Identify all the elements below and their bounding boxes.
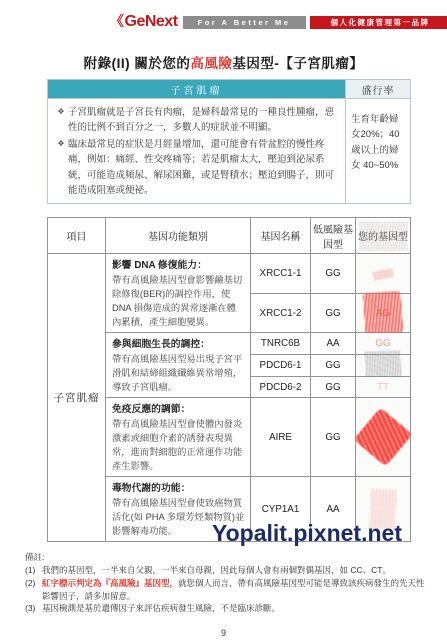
function-title: 免疫反應的調節：: [112, 402, 245, 417]
genext-logo-text: GeNext: [125, 13, 178, 30]
overview-bullet-text: 臨床最常見的症狀是月經量增加，還可能會有骨盆腔的慢性疼痛，例如：痛經、性交疼痛等…: [68, 137, 339, 199]
your-genotype-cell: GG: [356, 333, 411, 355]
report-page: 《GeNext For A Better Me 個人化健康管理第一品牌 附錄(I…: [0, 0, 447, 640]
note-number: (1): [25, 564, 42, 577]
gene-table-column-header: 基因功能類別: [106, 218, 251, 254]
gene-name-cell: AIRE: [251, 398, 311, 477]
your-genotype-value: TT: [377, 382, 389, 393]
function-title: 毒物代謝的功能：: [112, 481, 245, 496]
note-item: (3)基因檢測是基於遺傳因子來評估疾病發生風險，不是臨床診斷。: [25, 602, 427, 615]
header-gray-smudge: [359, 221, 408, 251]
function-category-cell: 參與細胞生長的調控：帶有高風險基因型易出現子宮平滑肌和結締組織纖維異常增殖，導致…: [106, 333, 251, 398]
genext-logo-swoosh-icon: 《: [110, 13, 124, 29]
note-number: (3): [25, 602, 42, 615]
function-description: 帶有高風險基因型會影響鹼基切除修復(BER)的調控作用，使 DNA 損傷造成的異…: [112, 273, 245, 329]
diamond-bullet-icon: ❖: [54, 137, 68, 199]
overview-prevalence-cell: 生育年齡婦女20%；40 歲以上的婦女 40~50%: [346, 99, 411, 204]
page-number: 9: [0, 628, 447, 638]
red-block-mark: [353, 408, 412, 467]
overview-prevalence-header: 盛行率: [346, 80, 411, 99]
gene-name-cell: XRCC1-2: [251, 293, 311, 333]
gene-row: 子宮肌瘤影響 DNA 修復能力：帶有高風險基因型會影響鹼基切除修復(BER)的調…: [48, 254, 411, 294]
gene-name-cell: PDCD6-1: [251, 355, 311, 377]
gene-table-header-row: 項目基因功能類別基因名稱低風險基因型您的基因型: [48, 218, 411, 254]
your-genotype-cell: [356, 254, 411, 294]
faint-red-smudge-mark: [372, 268, 393, 281]
low-risk-genotype-cell: GG: [311, 376, 356, 398]
item-cell: 子宮肌瘤: [48, 254, 106, 542]
gene-table: 項目基因功能類別基因名稱低風險基因型您的基因型 子宮肌瘤影響 DNA 修復能力：…: [47, 217, 411, 542]
low-risk-genotype-cell: GG: [311, 254, 356, 294]
function-title: 參與細胞生長的調控：: [112, 337, 245, 352]
your-genotype-value: GG: [375, 338, 390, 349]
gene-table-body: 子宮肌瘤影響 DNA 修復能力：帶有高風險基因型會影響鹼基切除修復(BER)的調…: [48, 254, 411, 542]
watermark: Yopalit.pixnet.net: [212, 520, 402, 547]
page-header: 《GeNext For A Better Me 個人化健康管理第一品牌: [110, 11, 447, 31]
title-prefix: 附錄(II) 關於您的: [84, 56, 191, 71]
tagline-bar: For A Better Me: [183, 16, 306, 29]
notes-section: 備註: (1)我們的基因型，一半來自父親，一半來自母親，因此每個人會有兩個對偶基…: [25, 551, 427, 614]
page-title: 附錄(II) 關於您的高風險基因型-【子宮肌瘤】: [0, 52, 447, 72]
low-risk-genotype-cell: GG: [311, 398, 356, 477]
overview-bullet: ❖臨床最常見的症狀是月經量增加，還可能會有骨盆腔的慢性疼痛，例如：痛經、性交疼痛…: [54, 137, 339, 199]
overview-condition-header: 子宮肌瘤: [48, 80, 346, 99]
function-category-cell: 免疫反應的調節：帶有高風險基因型會使體內發炎激素或細胞介素的誘發表現異常，進而對…: [106, 398, 251, 477]
note-red-text: 紅字標示判定為『高風險』基因型，: [42, 578, 178, 588]
gene-name-cell: XRCC1-1: [251, 254, 311, 294]
gene-table-column-header: 低風險基因型: [311, 218, 356, 254]
function-title: 影響 DNA 修復能力：: [112, 258, 245, 273]
function-category-cell: 影響 DNA 修復能力：帶有高風險基因型會影響鹼基切除修復(BER)的調控作用，…: [106, 254, 251, 333]
function-description: 帶有高風險基因型會使體內發炎激素或細胞介素的誘發表現異常，進而對細胞的正常運作功…: [112, 417, 245, 473]
note-text: 基因檢測是基於遺傳因子來評估疾病發生風險，不是臨床診斷。: [42, 602, 280, 615]
title-highlight: 高風險: [190, 56, 232, 71]
notes-list: (1)我們的基因型，一半來自父親，一半來自母親，因此每個人會有兩個對偶基因，如 …: [25, 564, 427, 614]
note-number: (2): [25, 577, 42, 602]
overview-table: 子宮肌瘤 盛行率 ❖子宮肌瘤就是子宮長有肉瘤，是婦科最常見的一種良性腫瘤，惡性的…: [47, 79, 411, 204]
genext-logo: 《GeNext: [110, 11, 178, 31]
gene-table-column-header: 您的基因型: [356, 218, 411, 254]
header-bars: For A Better Me 個人化健康管理第一品牌: [183, 16, 447, 29]
note-item: (2)紅字標示判定為『高風險』基因型，就您個人而言，帶有高風險基因型可能是導致該…: [25, 577, 427, 602]
your-genotype-cell: [356, 398, 411, 477]
note-text: 紅字標示判定為『高風險』基因型，就您個人而言，帶有高風險基因型可能是導致該疾病發…: [42, 577, 427, 602]
low-risk-genotype-cell: GG: [311, 355, 356, 377]
overview-description-cell: ❖子宮肌瘤就是子宮長有肉瘤，是婦科最常見的一種良性腫瘤，惡性的比例不到百分之一，…: [48, 99, 346, 204]
notes-label: 備註:: [25, 551, 427, 564]
gene-table-column-header: 項目: [48, 218, 106, 254]
your-genotype-cell: TT: [356, 376, 411, 398]
brand-claim-bar: 個人化健康管理第一品牌: [310, 16, 447, 29]
function-description: 帶有高風險基因型易出現子宮平滑肌和結締組織纖維異常增殖，導致子宮肌瘤。: [112, 352, 245, 394]
low-risk-genotype-cell: GG: [311, 293, 356, 333]
overview-bullet-text: 子宮肌瘤就是子宮長有肉瘤，是婦科最常見的一種良性腫瘤，惡性的比例不到百分之一，多…: [68, 105, 339, 136]
low-risk-genotype-cell: AA: [311, 333, 356, 355]
note-item: (1)我們的基因型，一半來自父親，一半來自母親，因此每個人會有兩個對偶基因，如 …: [25, 564, 427, 577]
gene-name-cell: TNRC6B: [251, 333, 311, 355]
your-genotype-value: AG: [376, 308, 390, 319]
diamond-bullet-icon: ❖: [54, 105, 68, 136]
gene-name-cell: PDCD6-2: [251, 376, 311, 398]
overview-bullets: ❖子宮肌瘤就是子宮長有肉瘤，是婦科最常見的一種良性腫瘤，惡性的比例不到百分之一，…: [54, 105, 339, 198]
your-genotype-cell: [356, 355, 411, 377]
gene-table-head: 項目基因功能類別基因名稱低風險基因型您的基因型: [48, 218, 411, 254]
title-suffix: 基因型-【子宮肌瘤】: [232, 56, 363, 71]
note-text: 我們的基因型，一半來自父親，一半來自母親，因此每個人會有兩個對偶基因，如 CC、…: [42, 564, 391, 577]
overview-bullet: ❖子宮肌瘤就是子宮長有肉瘤，是婦科最常見的一種良性腫瘤，惡性的比例不到百分之一，…: [54, 105, 339, 136]
your-genotype-cell: AG: [356, 293, 411, 333]
gene-table-column-header: 基因名稱: [251, 218, 311, 254]
